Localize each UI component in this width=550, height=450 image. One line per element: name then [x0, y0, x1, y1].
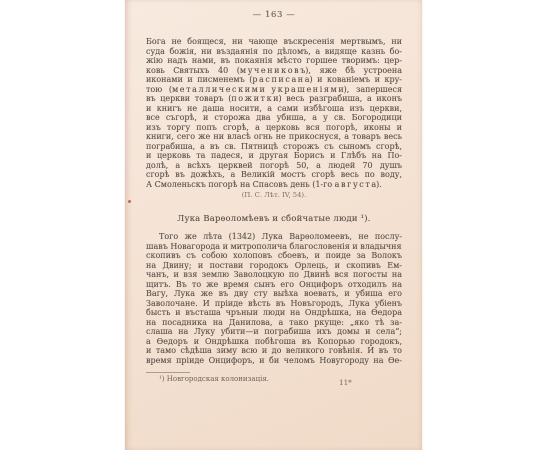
text-line: ковь Святыхъ 40 (м у ч е н и к о в ъ), я…: [146, 66, 402, 76]
text-line: и тамо сѣдѣша зиму всю и до великого гов…: [146, 346, 402, 356]
text-line: слаша на Луку убити—и пограбиша ихъ домы…: [146, 327, 402, 337]
footnote: ¹) Новгородская колонизація.: [159, 375, 269, 383]
text-line: и церковь та падеся, и другая Борисъ и Г…: [146, 151, 402, 161]
text-line: сгорѣ въ дожѣхъ, а Великій мостъ сгорѣ в…: [146, 170, 402, 180]
text-line: тою (м е т а л л и ч е с к и м и у к р а…: [146, 85, 402, 95]
section-heading: Лука Варѳоломѣевъ и сбойчатые люди ¹).: [146, 213, 402, 223]
text-line: чанъ, и взя землю Заволоцкую по Двинѣ вс…: [146, 270, 402, 280]
text-line: въ церкви товаръ (п о ж и т к и) весь ра…: [146, 94, 402, 104]
paper-speck: [128, 200, 131, 203]
text-line: скопивъ съ собою холоповъ сбоевъ, и поид…: [146, 251, 402, 261]
text-line: пограбиша, а въ св. Пятницѣ сторожъ съ с…: [146, 142, 402, 152]
text-line: щитъ. Въ то же время сынъ его Онцифоръ о…: [146, 280, 402, 290]
quote-paragraph: Бога не боящеся, ни чающе въскресенія ме…: [146, 37, 402, 189]
text-line: Вагу, Лука же въ дву сту выѣха воевать, …: [146, 289, 402, 299]
scan-background: { "colors": { "paper": "#f4e1d2", "ink":…: [0, 0, 550, 450]
text-line: на посадника на Данилова, а тако ркуще: …: [146, 318, 402, 328]
text-line: А Смоленьскъ погорѣ на Спасовъ день (1-г…: [146, 180, 402, 190]
text-line: книги, сего же ни власѣ огнь не прикосну…: [146, 132, 402, 142]
text-line: жію надъ нами, въ покаянія мѣсто горшее …: [146, 56, 402, 66]
text-line: на Двину; и постави городокъ Орлець, и с…: [146, 261, 402, 271]
text-line: Бога не боящеся, ни чающе въскресенія ме…: [146, 37, 402, 47]
text-line: Того же лѣта (1342) Лука Варѳоломеевъ, н…: [146, 232, 402, 242]
text-line: иконами и писменемъ (р а с п и с а н а) …: [146, 75, 402, 85]
text-line: шавъ Новагорода и митрополича благослове…: [146, 242, 402, 252]
source-citation: (П. С. Лѣт. IV, 54).: [146, 191, 402, 199]
signature-mark: 11*: [339, 378, 352, 387]
book-page: — 163 — Бога не боящеся, ни чающе въскре…: [125, 0, 422, 450]
text-line: а Ѳедоръ и Ондрѣшка побѣгоша въ Копорью …: [146, 337, 402, 347]
text-line: время пріиде Онцифоръ, и би челомъ Новуг…: [146, 356, 402, 366]
text-line: и книгъ не даша носити, а сами избѣгоша …: [146, 104, 402, 114]
text-line: Заволочане. И пріиде вѣсть въ Новъгородъ…: [146, 299, 402, 309]
footnote-rule: [146, 372, 190, 373]
body-paragraph: Того же лѣта (1342) Лука Варѳоломеевъ, н…: [146, 232, 402, 365]
text-line: изъ торгу попъ сгорѣ, а церковь вся пого…: [146, 123, 402, 133]
text-line: все съгорѣ, и сторожа два убиша, а у св.…: [146, 113, 402, 123]
text-line: долѣ, а всѣхъ церквей погорѣ 50, а людей…: [146, 161, 402, 171]
text-line: бысть и въсташа чръныи люди на Ондрѣшка,…: [146, 308, 402, 318]
text-line: суда божія, ни въздаянія по дѣломъ, а ви…: [146, 47, 402, 57]
page-number: — 163 —: [146, 10, 402, 20]
